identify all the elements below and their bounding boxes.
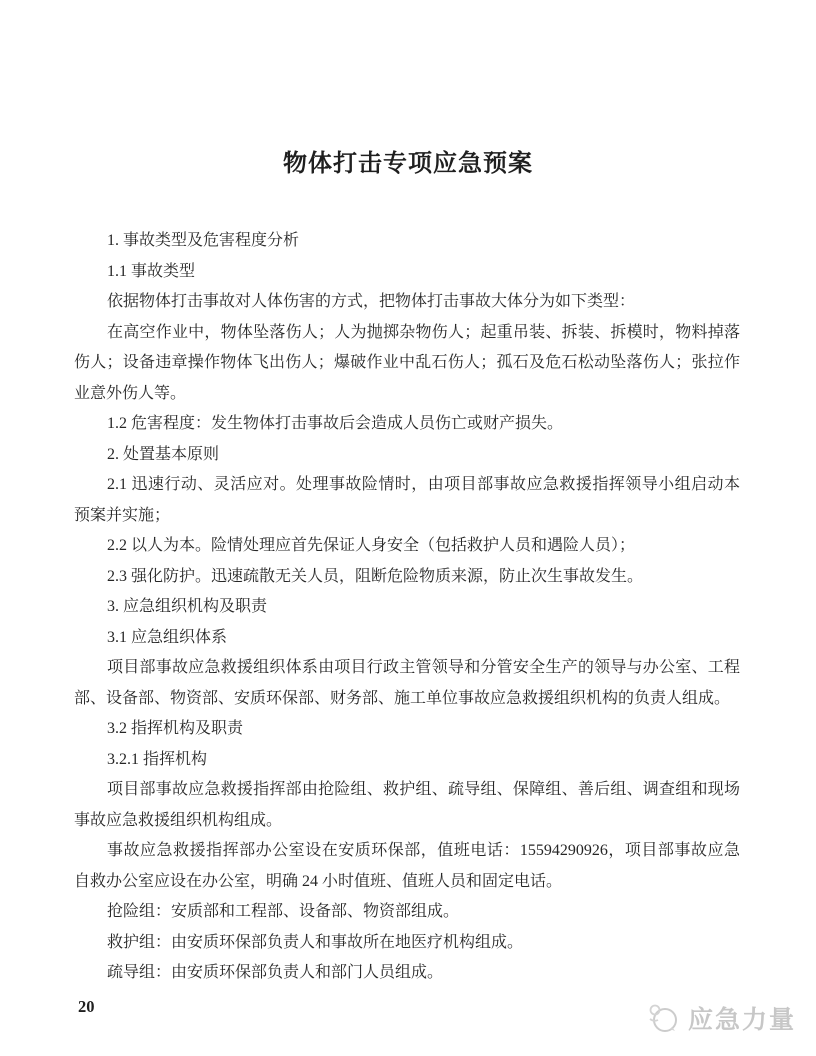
text-line: 在高空作业中，物体坠落伤人；人为抛掷杂物伤人；起重吊装、拆装、拆模时，物料掉落 [74,318,740,349]
emergency-force-logo-icon [645,999,683,1037]
text-line: 项目部事故应急救援组织体系由项目行政主管领导和分管安全生产的领导与办公室、工程 [74,653,740,684]
document-page: 物体打击专项应急预案 1. 事故类型及危害程度分析1.1 事故类型依据物体打击事… [0,0,816,1056]
document-body: 1. 事故类型及危害程度分析1.1 事故类型依据物体打击事故对人体伤害的方式，把… [74,226,740,989]
text-line: 预案并实施； [74,501,740,532]
text-line: 1.1 事故类型 [74,257,740,288]
text-line: 2.3 强化防护。迅速疏散无关人员，阻断危险物质来源，防止次生事故发生。 [74,562,740,593]
text-line: 自救办公室应设在办公室，明确 24 小时值班、值班人员和固定电话。 [74,867,740,898]
text-line: 抢险组：安质部和工程部、设备部、物资部组成。 [74,897,740,928]
text-line: 3.1 应急组织体系 [74,623,740,654]
text-line: 1. 事故类型及危害程度分析 [74,226,740,257]
text-line: 依据物体打击事故对人体伤害的方式，把物体打击事故大体分为如下类型： [74,287,740,318]
text-line: 业意外伤人等。 [74,379,740,410]
text-line: 救护组：由安质环保部负责人和事故所在地医疗机构组成。 [74,928,740,959]
text-line: 伤人；设备违章操作物体飞出伤人；爆破作业中乱石伤人；孤石及危石松动坠落伤人；张拉… [74,348,740,379]
document-title: 物体打击专项应急预案 [0,149,816,179]
text-line: 事故应急救援组织机构组成。 [74,806,740,837]
text-line: 3.2.1 指挥机构 [74,745,740,776]
text-line: 3. 应急组织机构及职责 [74,592,740,623]
text-line: 事故应急救援指挥部办公室设在安质环保部，值班电话：15594290926，项目部… [74,836,740,867]
text-line: 1.2 危害程度：发生物体打击事故后会造成人员伤亡或财产损失。 [74,409,740,440]
watermark: 应急力量 [645,999,796,1037]
text-line: 疏导组：由安质环保部负责人和部门人员组成。 [74,958,740,989]
text-line: 2.1 迅速行动、灵活应对。处理事故险情时，由项目部事故应急救援指挥领导小组启动… [74,470,740,501]
watermark-label: 应急力量 [688,1000,796,1036]
text-line: 项目部事故应急救援指挥部由抢险组、救护组、疏导组、保障组、善后组、调查组和现场 [74,775,740,806]
text-line: 部、设备部、物资部、安质环保部、财务部、施工单位事故应急救援组织机构的负责人组成… [74,684,740,715]
page-number: 20 [78,997,95,1017]
text-line: 2. 处置基本原则 [74,440,740,471]
text-line: 2.2 以人为本。险情处理应首先保证人身安全（包括救护人员和遇险人员）； [74,531,740,562]
text-line: 3.2 指挥机构及职责 [74,714,740,745]
